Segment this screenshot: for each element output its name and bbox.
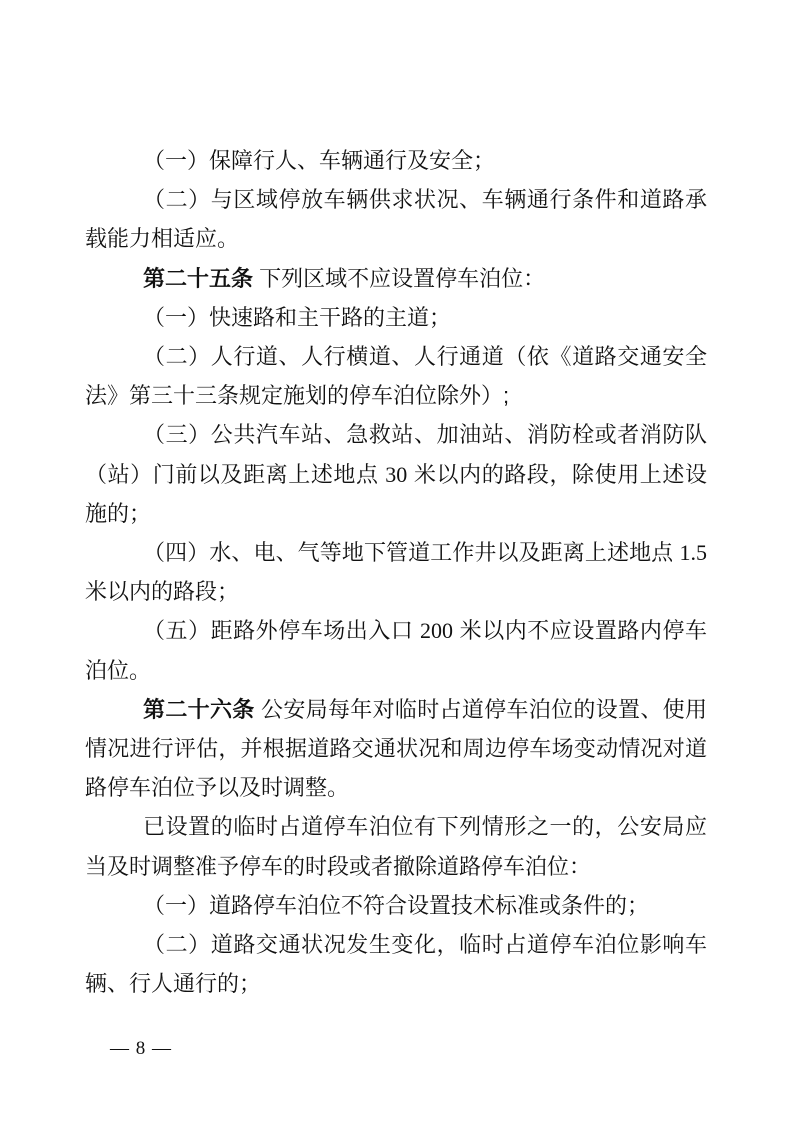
paragraph: （一）快速路和主干路的主道；	[85, 298, 707, 337]
article-number: 第二十五条	[143, 266, 253, 291]
paragraph: 已设置的临时占道停车泊位有下列情形之一的，公安局应当及时调整准予停车的时段或者撤…	[85, 807, 707, 885]
paragraph: （一）保障行人、车辆通行及安全；	[85, 141, 707, 180]
text-run: 米以内的路段；	[85, 579, 239, 604]
text-run: （二）道路交通状况发生变化，临时占道停车泊位影响车辆、行人通行的；	[85, 932, 707, 996]
paragraph: （三）公共汽车站、急救站、加油站、消防栓或者消防队（站）门前以及距离上述地点 3…	[85, 415, 707, 533]
paragraph: （二）人行道、人行横道、人行通道（依《道路交通安全法》第三十三条规定施划的停车泊…	[85, 337, 707, 415]
paragraph: （四）水、电、气等地下管道工作井以及距离上述地点 1.5 米以内的路段；	[85, 533, 707, 611]
paragraph: （二）道路交通状况发生变化，临时占道停车泊位影响车辆、行人通行的；	[85, 925, 707, 1003]
paragraph: （一）道路停车泊位不符合设置技术标准或条件的；	[85, 886, 707, 925]
text-run: （四）水、电、气等地下管道工作井以及距离上述地点	[143, 540, 680, 565]
text-run: （五）距路外停车场出入口	[143, 618, 420, 643]
numeric-text: 1.5	[680, 540, 708, 565]
document-body: （一）保障行人、车辆通行及安全；（二）与区域停放车辆供求状况、车辆通行条件和道路…	[85, 141, 707, 1003]
text-run: （一）快速路和主干路的主道；	[143, 305, 451, 330]
article-number: 第二十六条	[143, 697, 255, 722]
text-run: （二）与区域停放车辆供求状况、车辆通行条件和道路承载能力相适应。	[85, 187, 707, 251]
text-run: 已设置的临时占道停车泊位有下列情形之一的，公安局应当及时调整准予停车的时段或者撤…	[85, 814, 707, 878]
document-page: （一）保障行人、车辆通行及安全；（二）与区域停放车辆供求状况、车辆通行条件和道路…	[0, 0, 793, 1122]
numeric-text: 30	[385, 462, 407, 487]
paragraph: （五）距路外停车场出入口 200 米以内不应设置路内停车泊位。	[85, 611, 707, 689]
text-run: （一）保障行人、车辆通行及安全；	[143, 148, 495, 173]
page-number: — 8 —	[110, 1038, 172, 1060]
numeric-text: 200	[420, 618, 453, 643]
text-run: （二）人行道、人行横道、人行通道（依《道路交通安全法》第三十三条规定施划的停车泊…	[85, 344, 707, 408]
paragraph: 第二十六条 公安局每年对临时占道停车泊位的设置、使用情况进行评估，并根据道路交通…	[85, 690, 707, 808]
paragraph: 第二十五条 下列区域不应设置停车泊位：	[85, 259, 707, 298]
paragraph: （二）与区域停放车辆供求状况、车辆通行条件和道路承载能力相适应。	[85, 180, 707, 258]
text-run: 下列区域不应设置停车泊位：	[253, 266, 545, 291]
text-run: （一）道路停车泊位不符合设置技术标准或条件的；	[143, 893, 649, 918]
